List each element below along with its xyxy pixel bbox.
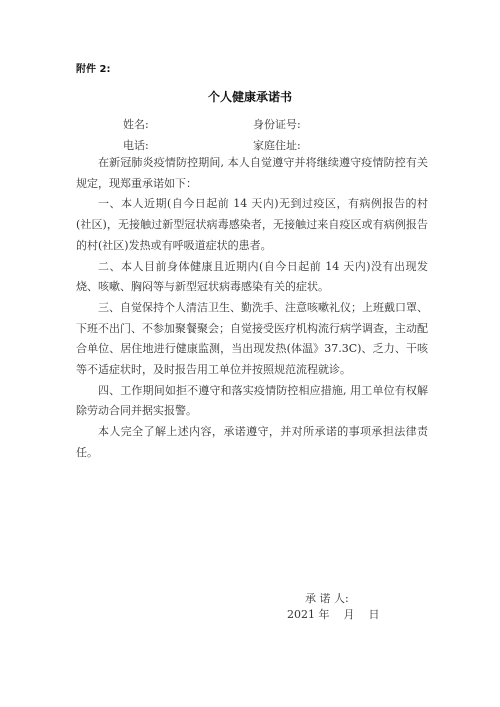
paragraph-item-1: 一、本人近期(自今日起前 14 天内)无到过疫区，有病例报告的村(社区)，无接触… bbox=[76, 194, 428, 256]
document-page: 附件 2: 个人健康承诺书 姓名: 身份证号: 电话: 家庭住址: 在新冠肺炎疫… bbox=[0, 0, 500, 707]
signature-date: 2021 年 月 日 bbox=[287, 606, 379, 622]
paragraph-item-3: 三、自觉保持个人清洁卫生、勤洗手、注意咳嗽礼仪；上班戴口罩、下班不出门、不参加聚… bbox=[76, 298, 428, 381]
commitment-body: 在新冠肺炎疫情防控期间, 本人自觉遵守并将继续遵守疫情防控有关规定，现郑重承诺如… bbox=[76, 153, 428, 464]
signer-label: 承 诺 人: bbox=[305, 590, 349, 606]
paragraph-closing: 本人完全了解上述内容，承诺遵守，并对所承诺的事项承担法律责任。 bbox=[76, 422, 428, 463]
id-number-field-label: 身份证号: bbox=[253, 116, 301, 132]
phone-field-label: 电话: bbox=[123, 137, 149, 153]
address-field-label: 家庭住址: bbox=[253, 137, 301, 153]
paragraph-intro: 在新冠肺炎疫情防控期间, 本人自觉遵守并将继续遵守疫情防控有关规定，现郑重承诺如… bbox=[76, 153, 428, 194]
attachment-label: 附件 2: bbox=[76, 60, 110, 75]
document-title: 个人健康承诺书 bbox=[0, 88, 500, 105]
paragraph-item-2: 二、本人目前身体健康且近期内(自今日起前 14 天内)没有出现发烧、咳嗽、胸闷等… bbox=[76, 257, 428, 298]
name-field-label: 姓名: bbox=[123, 116, 149, 132]
paragraph-item-4: 四、工作期间如拒不遵守和落实疫情防控相应措施, 用工单位有权解除劳动合同并据实报… bbox=[76, 381, 428, 422]
